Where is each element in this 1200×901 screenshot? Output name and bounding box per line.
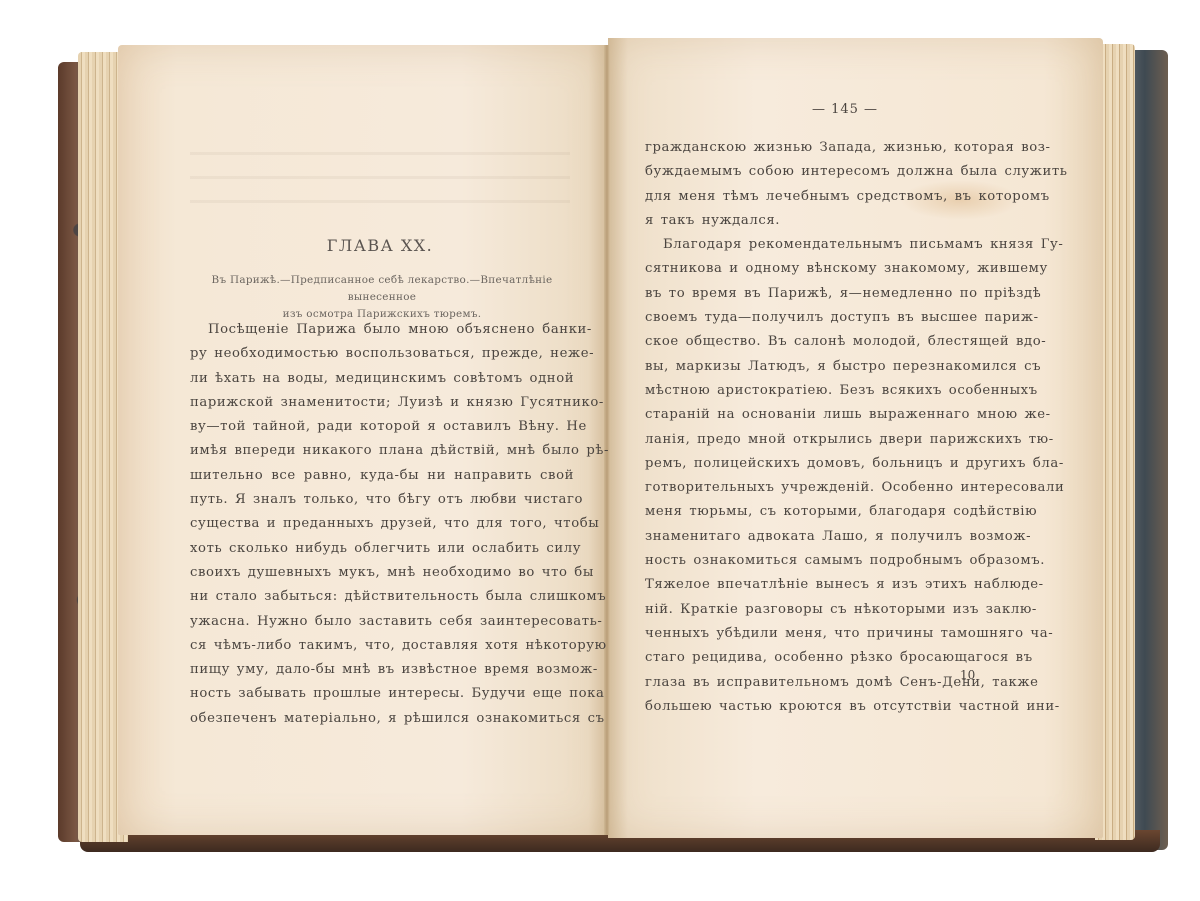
text-line: Посѣщеніе Парижа было мною объяснено бан… [190, 318, 592, 342]
text-line: своемъ туда—получилъ доступъ въ высшее п… [645, 306, 1008, 330]
text-line: ужасна. Нужно было заставить себя заинте… [190, 610, 574, 634]
chapter-title: ГЛАВА XX. [190, 236, 570, 255]
text-line: ру необходимостью воспользоваться, прежд… [190, 342, 574, 366]
left-page-body: Посѣщеніе Парижа было мною объяснено бан… [190, 318, 574, 731]
text-line: пищу уму, дало-бы мнѣ въ извѣстное время… [190, 658, 574, 682]
text-line: гражданскою жизнью Запада, жизнью, котор… [645, 136, 1008, 160]
text-line: ній. Краткіе разговоры съ нѣкоторыми изъ… [645, 598, 1008, 622]
book-gutter [604, 45, 610, 835]
text-line: ское общество. Въ салонѣ молодой, блестя… [645, 330, 1008, 354]
text-line: существа и преданныхъ друзей, что для то… [190, 512, 574, 536]
page-number: — 145 — [785, 102, 905, 117]
text-line: ланія, предо мной открылись двери парижс… [645, 428, 1008, 452]
text-line: буждаемымъ собою интересомъ должна была … [645, 160, 1008, 184]
text-line: я такъ нуждался. [645, 209, 1008, 233]
text-line: шительно все равно, куда-бы ни направить… [190, 464, 574, 488]
text-line: хоть сколько нибудь облегчить или ослаби… [190, 537, 574, 561]
open-book: ГЛАВА XX. Въ Парижѣ.—Предписанное себѣ л… [0, 0, 1200, 901]
text-line: для меня тѣмъ лечебнымъ средствомъ, въ к… [645, 185, 1008, 209]
text-line: стаго рецидива, особенно рѣзко бросающаг… [645, 646, 1008, 670]
chapter-summary: Въ Парижѣ.—Предписанное себѣ лекарство.—… [190, 272, 574, 323]
text-line: мѣстною аристократіею. Безъ всякихъ особ… [645, 379, 1008, 403]
text-line: ченныхъ убѣдили меня, что причины тамошн… [645, 622, 1008, 646]
text-line: ремъ, полицейскихъ домовъ, больницъ и др… [645, 452, 1008, 476]
text-line: парижской знаменитости; Луизѣ и князю Гу… [190, 391, 574, 415]
right-page-body: гражданскою жизнью Запада, жизнью, котор… [645, 136, 1005, 719]
show-through-text [190, 140, 570, 210]
text-line: Благодаря рекомендательнымъ письмамъ кня… [645, 233, 1026, 257]
text-line: обезпеченъ матеріально, я рѣшился ознако… [190, 707, 574, 731]
text-line: своихъ душевныхъ мукъ, мнѣ необходимо во… [190, 561, 574, 585]
text-line: Тяжелое впечатлѣніе вынесъ я изъ этихъ н… [645, 573, 1008, 597]
text-line: сятникова и одному вѣнскому знакомому, ж… [645, 257, 1008, 281]
chapter-summary-line: Въ Парижѣ.—Предписанное себѣ лекарство.—… [190, 272, 574, 306]
signature-mark: 10 [960, 668, 975, 682]
text-line: ся чѣмъ-либо такимъ, что, доставляя хотя… [190, 634, 574, 658]
text-line: большею частью кроются въ отсутствіи час… [645, 695, 1008, 719]
text-line: ность забывать прошлые интересы. Будучи … [190, 682, 574, 706]
text-line: ни стало забыться: дѣйствительность была… [190, 585, 574, 609]
text-line: въ то время въ Парижѣ, я—немедленно по п… [645, 282, 1008, 306]
text-line: стараній на основаніи лишь выраженнаго м… [645, 403, 1008, 427]
text-line: глаза въ исправительномъ домѣ Сенъ-Дени,… [645, 671, 1008, 695]
text-line: вы, маркизы Латюдъ, я быстро перезнакоми… [645, 355, 1008, 379]
text-line: ли ѣхать на воды, медицинскимъ совѣтомъ … [190, 367, 574, 391]
text-line: меня тюрьмы, съ которыми, благодаря содѣ… [645, 500, 1008, 524]
text-line: готворительныхъ учрежденій. Особенно инт… [645, 476, 1008, 500]
text-line: ность ознакомиться самымъ подробнымъ обр… [645, 549, 1008, 573]
text-line: имѣя впереди никакого плана дѣйствій, мн… [190, 439, 574, 463]
text-line: знаменитаго адвоката Лашо, я получилъ во… [645, 525, 1008, 549]
text-line: путь. Я зналъ только, что бѣгу отъ любви… [190, 488, 574, 512]
text-line: ву—той тайной, ради которой я оставилъ В… [190, 415, 574, 439]
